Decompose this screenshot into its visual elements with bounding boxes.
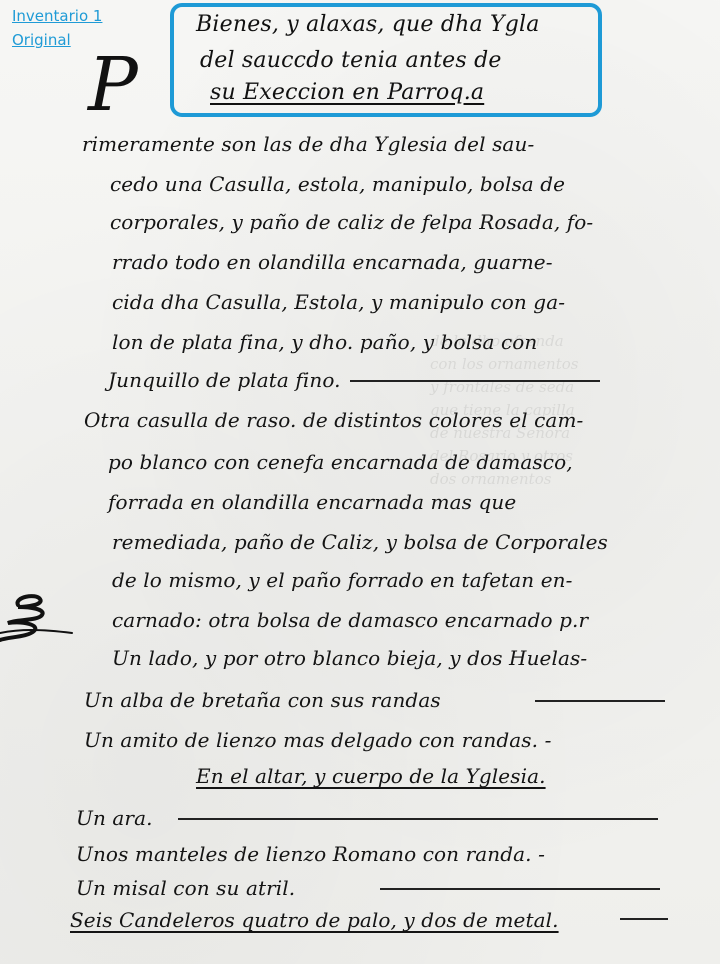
body-line: forrada en olandilla encarnada mas que (108, 490, 516, 514)
body-line: Un lado, y por otro blanco bieja, y dos … (112, 646, 587, 670)
body-line: cedo una Casulla, estola, manipulo, bols… (110, 172, 565, 196)
title-line-3: su Execcion en Parroq.a (210, 80, 484, 105)
item-line: Unos manteles de lienzo Romano con randa… (76, 842, 545, 866)
body-line: Junquillo de plata fino. (108, 368, 341, 392)
body-line: carnado: otra bolsa de damasco encarnado… (112, 608, 588, 632)
item-line: Un misal con su atril. (76, 876, 295, 900)
inventory-link[interactable]: Inventario 1 (12, 4, 102, 28)
body-line: po blanco con cenefa encarnada de damasc… (108, 450, 573, 474)
item-line: Seis Candeleros quatro de palo, y dos de… (70, 908, 559, 932)
body-line: Un amito de lienzo mas delgado con randa… (84, 728, 551, 752)
body-line: corporales, y paño de caliz de felpa Ros… (110, 210, 593, 234)
body-line: lon de plata fina, y dho. paño, y bolsa … (112, 330, 537, 354)
manuscript-page: de lo dho ofrenda con los ornamentos y f… (0, 0, 720, 964)
body-line: remediada, paño de Caliz, y bolsa de Cor… (112, 530, 608, 554)
body-line: Un alba de bretaña con sus randas (84, 688, 441, 712)
body-line: rrado todo en olandilla encarnada, guarn… (112, 250, 553, 274)
body-line: Otra casulla de raso. de distintos color… (84, 408, 583, 432)
body-line: de lo mismo, y el paño forrado en tafeta… (112, 568, 573, 592)
line-filler-rule (350, 380, 600, 382)
section-heading: En el altar, y cuerpo de la Yglesia. (196, 764, 546, 788)
line-filler-rule (178, 818, 658, 820)
item-line: Un ara. (76, 806, 153, 830)
margin-flourish-icon (0, 585, 80, 655)
decorative-initial: P (88, 48, 138, 122)
title-line-1: Bienes, y alaxas, que dha Ygla (196, 12, 540, 37)
line-filler-rule (380, 888, 660, 890)
body-line: rimeramente son las de dha Yglesia del s… (82, 132, 534, 156)
line-filler-rule (620, 918, 668, 920)
title-line-2: del sauccdo tenia antes de (200, 48, 502, 73)
body-line: cida dha Casulla, Estola, y manipulo con… (112, 290, 565, 314)
line-filler-rule (535, 700, 665, 702)
bleed-line: con los ornamentos (430, 353, 720, 376)
